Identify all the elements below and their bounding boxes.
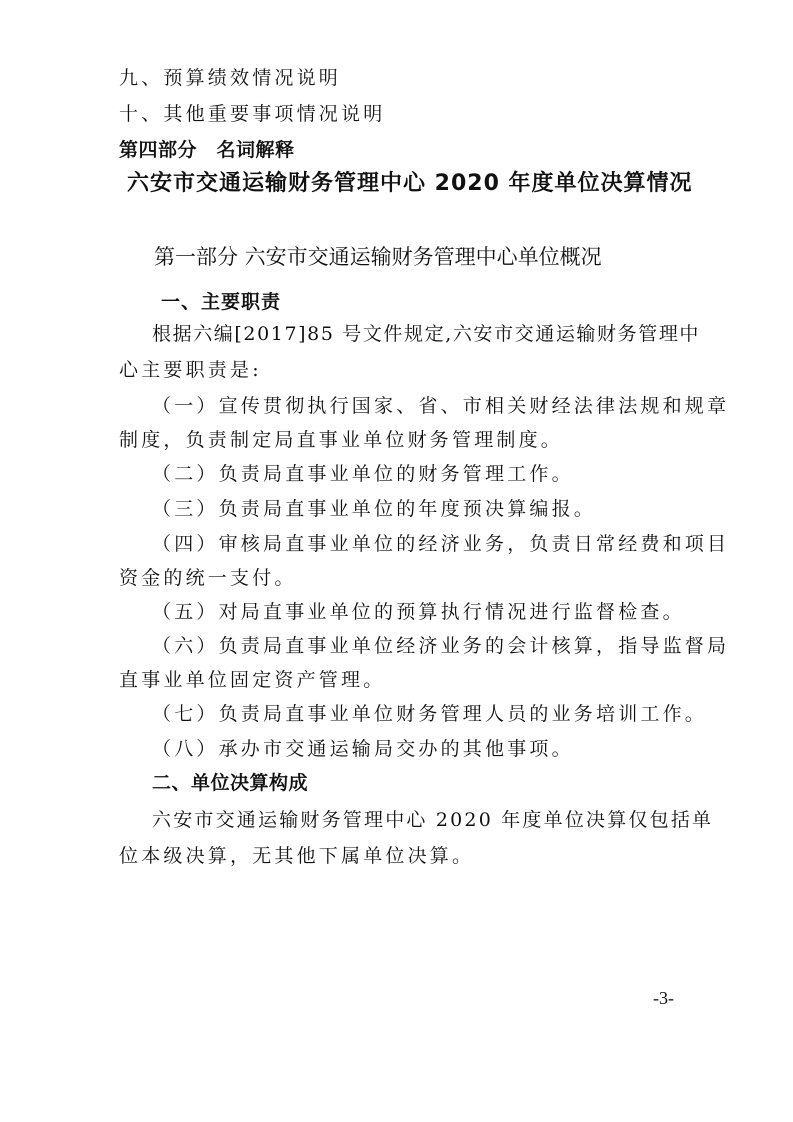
duty-item-4-line-2: 资金的统一支付。 — [119, 566, 297, 590]
duty-item-4-line-1: （四）审核局直事业单位的经济业务，负责日常经费和项目 — [152, 532, 729, 556]
duty-item-6-line-1: （六）负责局直事业单位经济业务的会计核算，指导监督局 — [152, 634, 729, 658]
section-2-heading: 二、单位决算构成 — [152, 771, 308, 795]
document-title: 六安市交通运输财务管理中心 2020 年度单位决算情况 — [127, 172, 693, 196]
duty-item-1-line-1: （一）宣传贯彻执行国家、省、市相关财经法律法规和规章 — [152, 394, 729, 418]
toc-part-4: 第四部分 名词解释 — [119, 138, 295, 162]
duty-item-3: （三）负责局直事业单位的年度预决算编报。 — [152, 497, 596, 521]
section-1-intro-line-1: 根据六编[2017]85 号文件规定,六安市交通运输财务管理中 — [152, 322, 700, 346]
duty-item-7: （七）负责局直事业单位财务管理人员的业务培训工作。 — [152, 702, 707, 726]
section-1-heading: 一、主要职责 — [161, 290, 281, 314]
toc-item-10: 十、其他重要事项情况说明 — [119, 102, 385, 126]
section-1-intro-line-2: 心主要职责是: — [119, 358, 262, 382]
duty-item-6-line-2: 直事业单位固定资产管理。 — [119, 668, 385, 692]
toc-item-9: 九、预算绩效情况说明 — [119, 66, 341, 90]
duty-item-5: （五）对局直事业单位的预算执行情况进行监督检查。 — [152, 600, 685, 624]
duty-item-2: （二）负责局直事业单位的财务管理工作。 — [152, 462, 574, 486]
duty-item-8: （八）承办市交通运输局交办的其他事项。 — [152, 737, 574, 761]
section-2-body-line-1: 六安市交通运输财务管理中心 2020 年度单位决算仅包括单 — [152, 808, 713, 832]
section-2-body-line-2: 位本级决算，无其他下属单位决算。 — [119, 844, 474, 868]
part-1-heading: 第一部分 六安市交通运输财务管理中心单位概况 — [154, 245, 602, 269]
duty-item-1-line-2: 制度，负责制定局直事业单位财务管理制度。 — [119, 428, 563, 452]
page-number: -3- — [653, 988, 674, 1009]
document-page: 九、预算绩效情况说明 十、其他重要事项情况说明 第四部分 名词解释 六安市交通运… — [0, 0, 793, 1122]
